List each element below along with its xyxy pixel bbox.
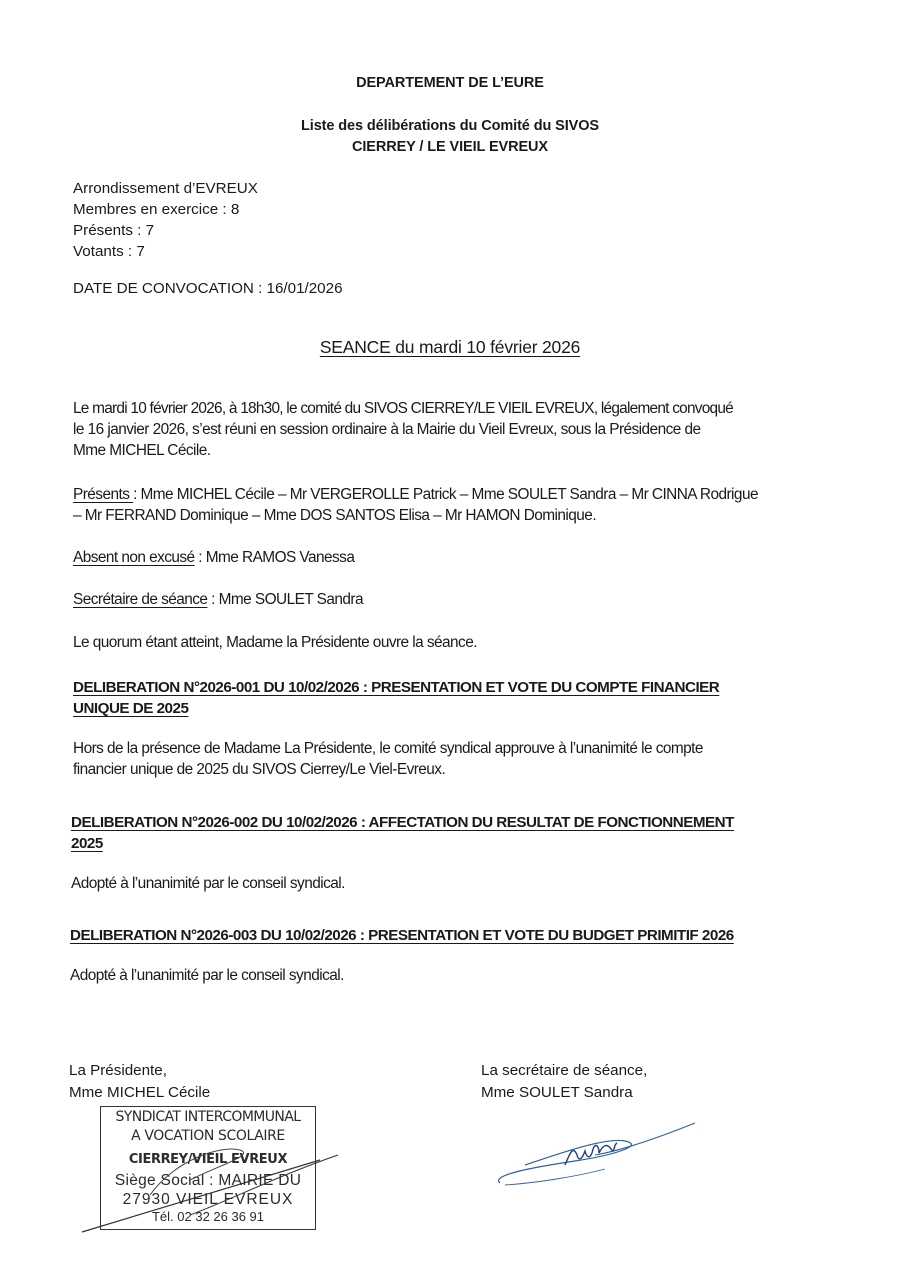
- secretary-signature-icon: [495, 1115, 705, 1195]
- presents-line-1: Présents : Mme MICHEL Cécile – Mr VERGER…: [73, 486, 758, 504]
- secretaire-label: Secrétaire de séance: [73, 591, 207, 608]
- list-subtitle: CIERREY / LE VIEIL EVREUX: [0, 139, 900, 155]
- seance-title: SEANCE du mardi 10 février 2026: [0, 337, 900, 358]
- absent-label: Absent non excusé: [73, 549, 195, 566]
- deliberation-2-title-line-2: 2025: [71, 833, 103, 854]
- deliberation-2-title-line-1: DELIBERATION N°2026-002 DU 10/02/2026 : …: [71, 812, 734, 833]
- deliberation-1-title-line-2: UNIQUE DE 2025: [73, 698, 188, 719]
- presents-names-1: : Mme MICHEL Cécile – Mr VERGEROLLE Patr…: [133, 486, 758, 503]
- quorum-text: Le quorum étant atteint, Madame la Prési…: [73, 634, 477, 652]
- secretary-role: La secrétaire de séance,: [481, 1060, 647, 1082]
- date-convocation: DATE DE CONVOCATION : 16/01/2026: [73, 278, 343, 300]
- arrondissement: Arrondissement d’EVREUX: [73, 178, 258, 200]
- secretaire-value: : Mme SOULET Sandra: [207, 591, 363, 608]
- absent-line: Absent non excusé : Mme RAMOS Vanessa: [73, 549, 354, 567]
- presents-count: Présents : 7: [73, 220, 154, 242]
- president-signature-icon: [80, 1120, 340, 1240]
- intro-line-2: le 16 janvier 2026, s’est réuni en sessi…: [73, 421, 700, 439]
- secretaire-line: Secrétaire de séance : Mme SOULET Sandra: [73, 591, 363, 609]
- votants-count: Votants : 7: [73, 241, 145, 263]
- absent-value: : Mme RAMOS Vanessa: [195, 549, 355, 566]
- intro-line-1: Le mardi 10 février 2026, à 18h30, le co…: [73, 400, 733, 418]
- deliberation-1-body-line-2: financier unique de 2025 du SIVOS Cierre…: [73, 761, 445, 779]
- department-heading: DEPARTEMENT DE L’EURE: [0, 75, 900, 91]
- intro-line-3: Mme MICHEL Cécile.: [73, 442, 210, 460]
- deliberation-1-title-line-1: DELIBERATION N°2026-001 DU 10/02/2026 : …: [73, 677, 719, 698]
- deliberation-1-body-line-1: Hors de la présence de Madame La Préside…: [73, 740, 703, 758]
- list-title: Liste des délibérations du Comité du SIV…: [0, 118, 900, 134]
- presents-label: Présents: [73, 486, 133, 503]
- deliberation-3-title: DELIBERATION N°2026-003 DU 10/02/2026 : …: [70, 925, 734, 946]
- membres-en-exercice: Membres en exercice : 8: [73, 199, 239, 221]
- president-name: Mme MICHEL Cécile: [69, 1082, 210, 1104]
- president-role: La Présidente,: [69, 1060, 167, 1082]
- deliberation-2-body: Adopté à l’unanimité par le conseil synd…: [71, 875, 345, 893]
- presents-line-2: – Mr FERRAND Dominique – Mme DOS SANTOS …: [73, 507, 596, 525]
- secretary-name: Mme SOULET Sandra: [481, 1082, 633, 1104]
- deliberation-3-body: Adopté à l’unanimité par le conseil synd…: [70, 967, 344, 985]
